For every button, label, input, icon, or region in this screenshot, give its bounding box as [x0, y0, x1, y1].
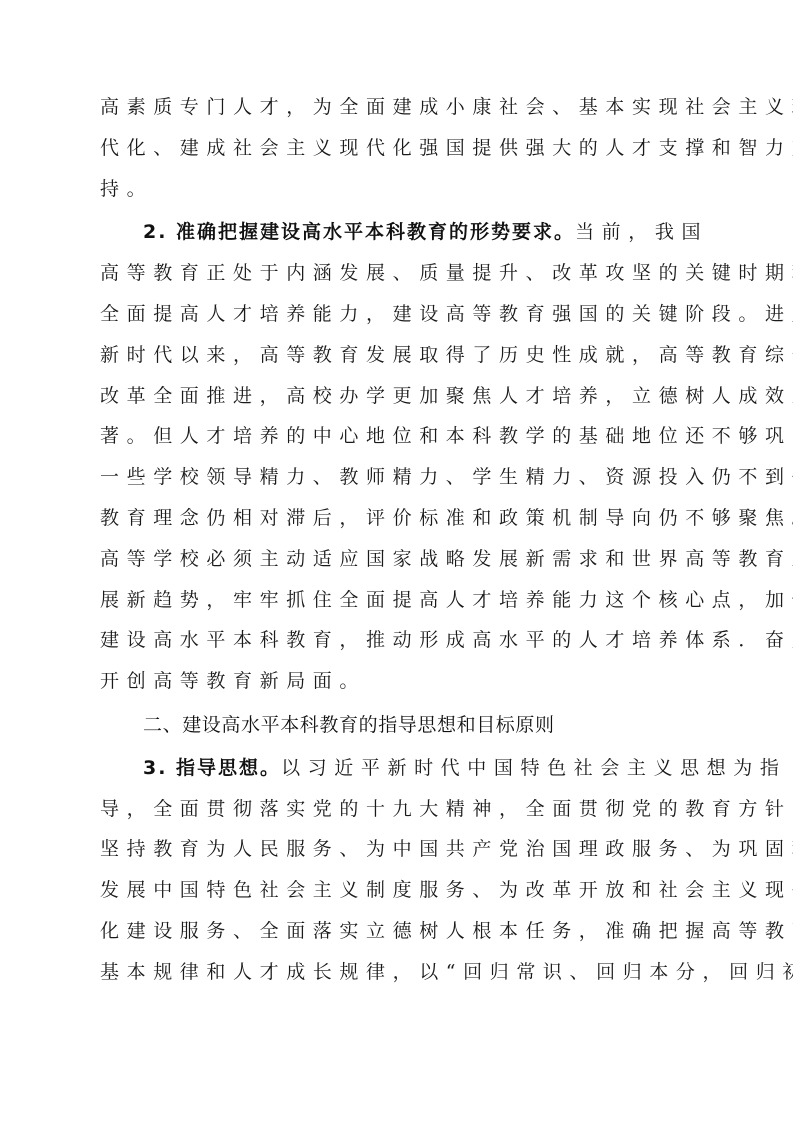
text-line: 导，全面贯彻落实党的十九大精神，全面贯彻党的教育方针，	[100, 789, 698, 830]
text-line: 2. 准确把握建设高水平本科教育的形势要求。当前，我国	[100, 212, 698, 253]
section-heading: 二、建设高水平本科教育的指导思想和目标原则	[100, 705, 698, 746]
document-body: 高素质专门人才，为全面建成小康社会、基本实现社会主义现 代化、建成社会主义现代化…	[100, 87, 698, 993]
paragraph-continuation: 高素质专门人才，为全面建成小康社会、基本实现社会主义现 代化、建成社会主义现代化…	[100, 87, 698, 209]
text-line: 高等教育正处于内涵发展、质量提升、改革攻坚的关键时期和	[100, 253, 698, 294]
paragraph-2: 2. 准确把握建设高水平本科教育的形势要求。当前，我国 高等教育正处于内涵发展、…	[100, 212, 698, 702]
text-line: 3. 指导思想。以习近平新时代中国特色社会主义思想为指	[100, 748, 698, 789]
paragraph-3: 3. 指导思想。以习近平新时代中国特色社会主义思想为指 导，全面贯彻落实党的十九…	[100, 748, 698, 993]
text-line: 坚持教育为人民服务、为中国共产党治国理政服务、为巩固和	[100, 829, 698, 870]
text-line: 新时代以来，高等教育发展取得了历史性成就，高等教育综合	[100, 335, 698, 376]
paragraph-lead-3: 3. 指导思想。	[143, 757, 281, 779]
text-line: 展新趋势，牢牢抓住全面提高人才培养能力这个核心点，加快	[100, 580, 698, 621]
text-line: 持。	[100, 169, 698, 210]
text-line: 化建设服务、全面落实立德树人根本任务，准确把握高等教育	[100, 911, 698, 952]
text-line: 全面提高人才培养能力，建设高等教育强国的关键阶段。进入	[100, 294, 698, 335]
text-run: 当前，我国	[575, 221, 708, 243]
text-line: 发展中国特色社会主义制度服务、为改革开放和社会主义现代	[100, 870, 698, 911]
paragraph-lead-2: 2. 准确把握建设高水平本科教育的形势要求。	[143, 221, 575, 243]
text-line: 教育理念仍相对滞后，评价标准和政策机制导向仍不够聚焦。	[100, 498, 698, 539]
text-line: 著。但人才培养的中心地位和本科教学的基础地位还不够巩固，	[100, 416, 698, 457]
text-line: 开创高等教育新局面。	[100, 661, 698, 702]
text-line: 一些学校领导精力、教师精力、学生精力、资源投入仍不到位，	[100, 457, 698, 498]
text-line: 高等学校必须主动适应国家战略发展新需求和世界高等教育发	[100, 539, 698, 580]
text-line: 高素质专门人才，为全面建成小康社会、基本实现社会主义现	[100, 87, 698, 128]
text-line: 改革全面推进，高校办学更加聚焦人才培养，立德树人成效显	[100, 376, 698, 417]
text-line: 建设高水平本科教育，推动形成高水平的人才培养体系．奋力	[100, 620, 698, 661]
text-line: 代化、建成社会主义现代化强国提供强大的人才支撑和智力支	[100, 128, 698, 169]
text-line: 基本规律和人才成长规律，以“回归常识、回归本分，回归初	[100, 952, 698, 993]
text-run: 以习近平新时代中国特色社会主义思想为指	[281, 757, 786, 779]
document-page: 高素质专门人才，为全面建成小康社会、基本实现社会主义现 代化、建成社会主义现代化…	[0, 0, 793, 1122]
